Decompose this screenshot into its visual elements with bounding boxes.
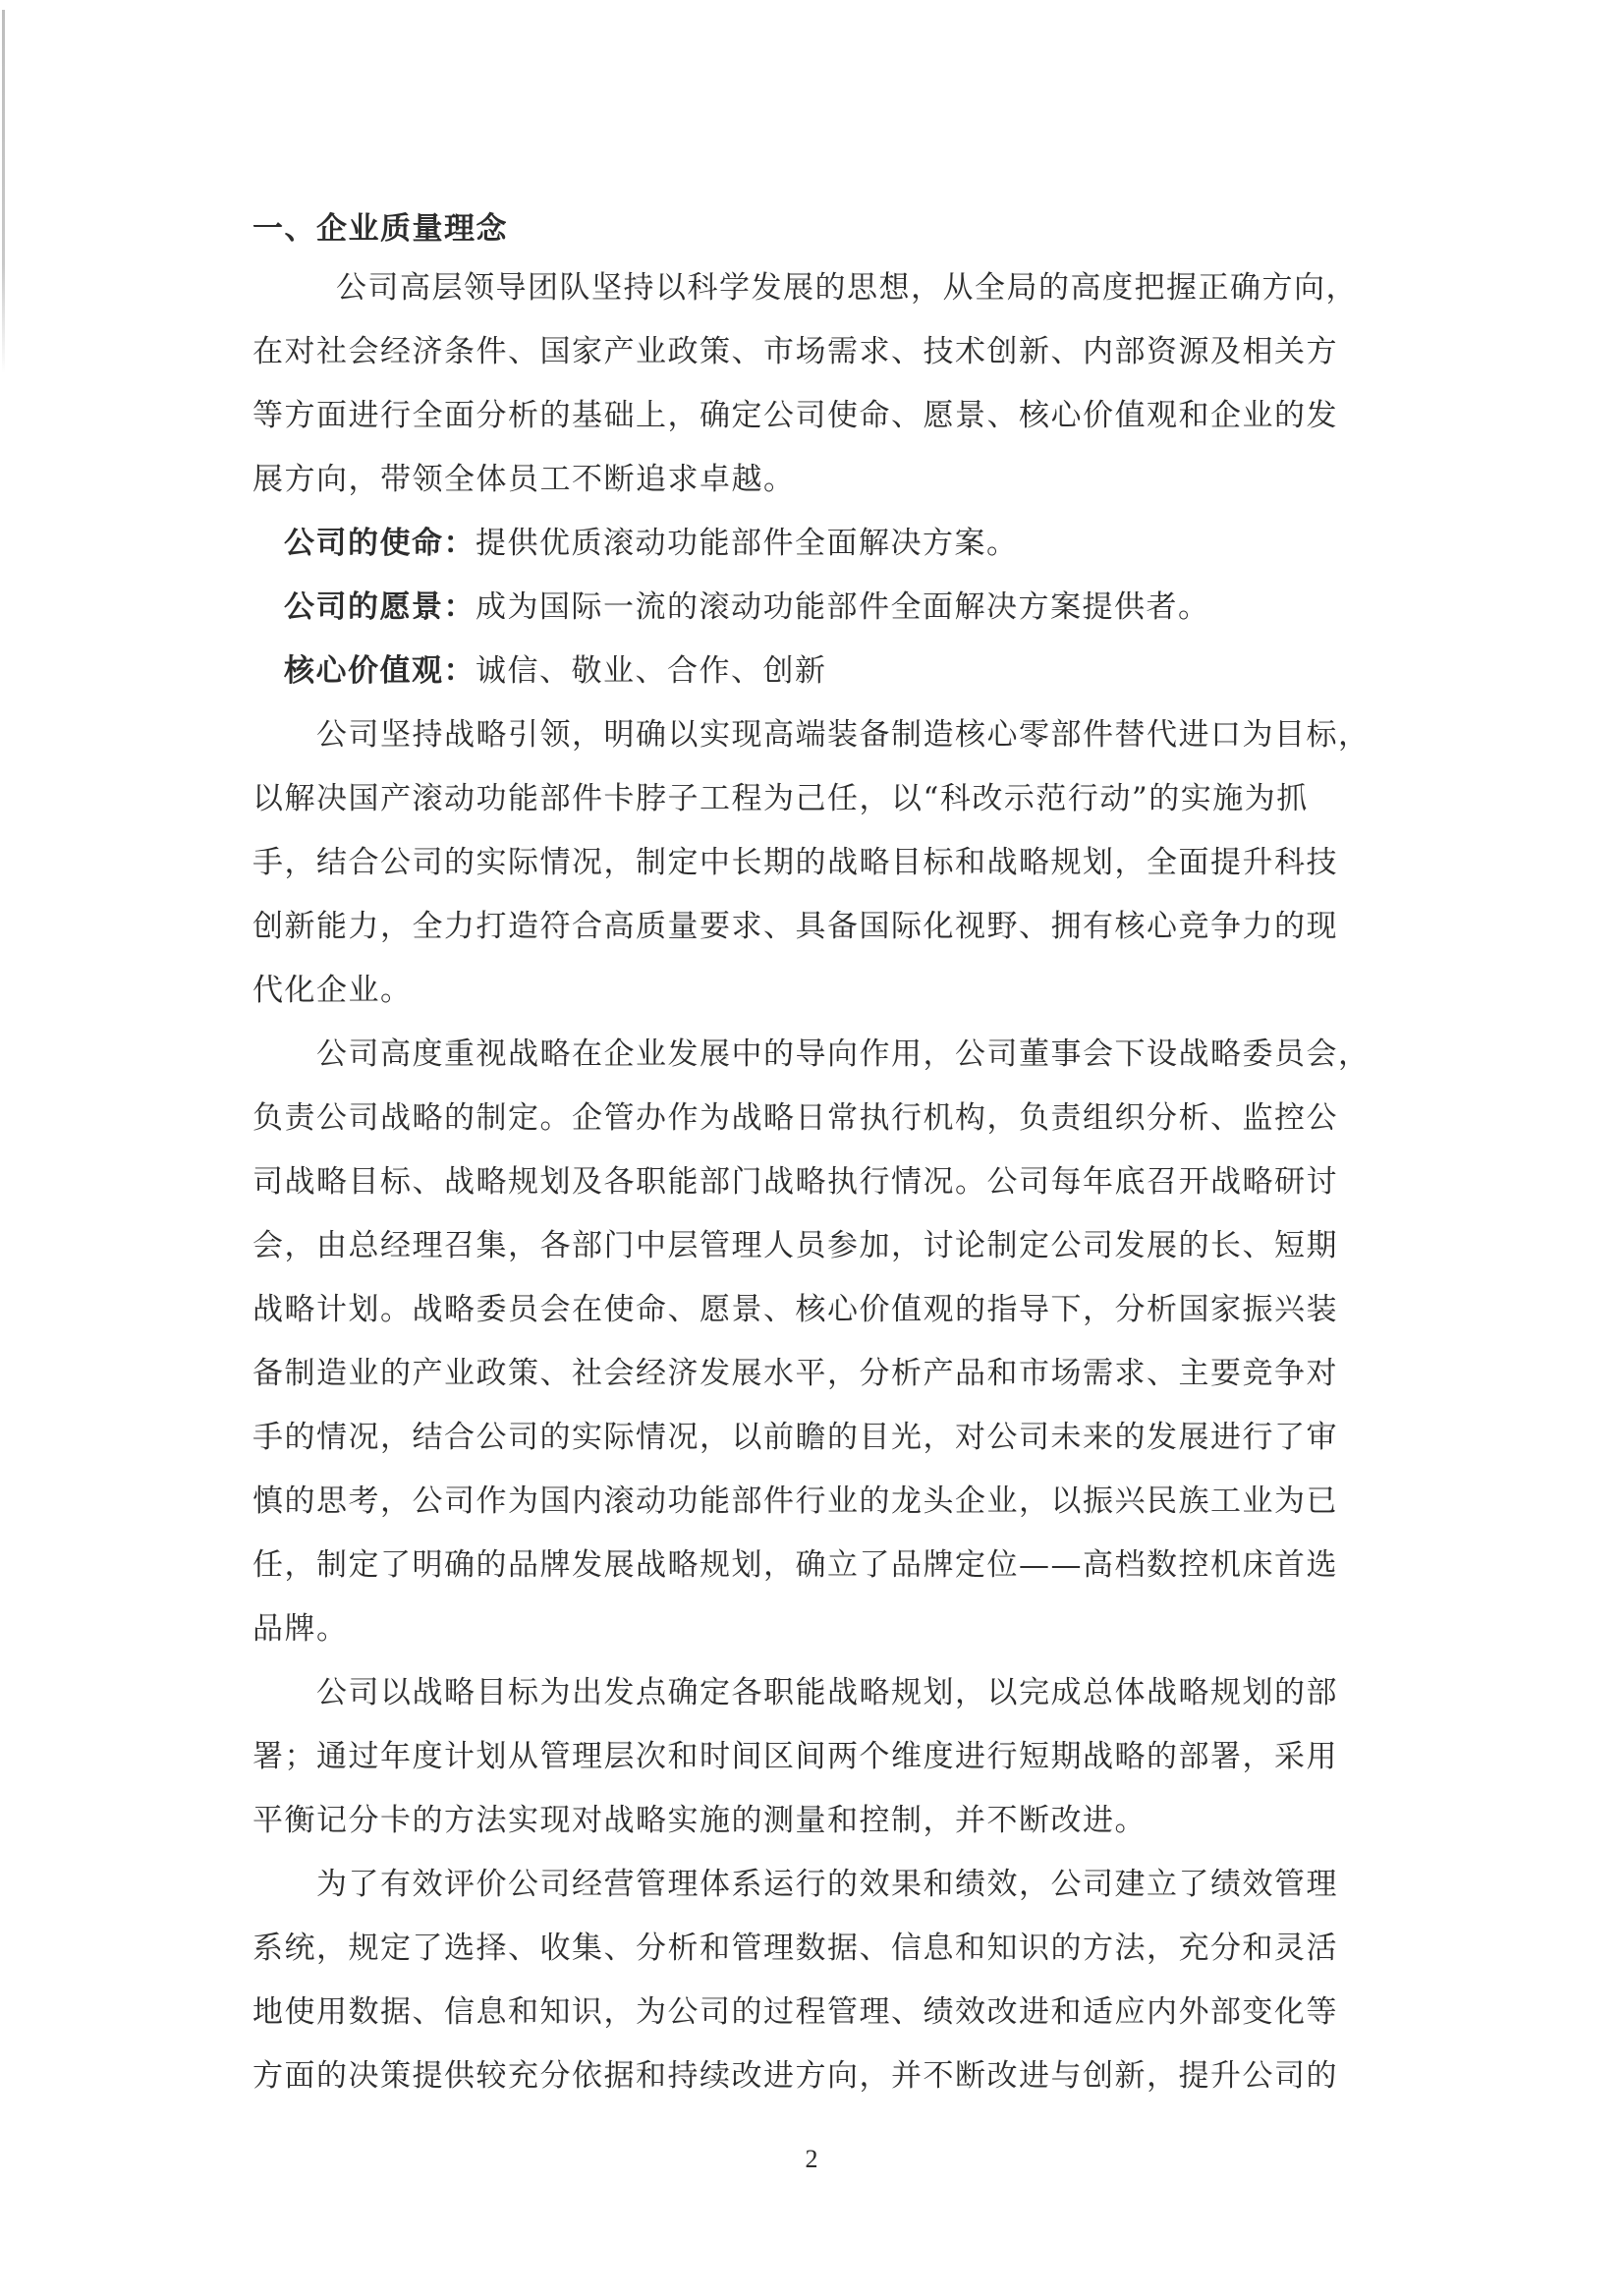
paragraph-3-line-7: 手的情况，结合公司的实际情况，以前瞻的目光，对公司未来的发展进行了审 bbox=[252, 1418, 1338, 1457]
mission-label: 公司的使命： bbox=[284, 526, 476, 561]
paragraph-5-line-4: 方面的决策提供较充分依据和持续改进方向，并不断改进与创新，提升公司的 bbox=[252, 2056, 1338, 2096]
core-values-statement: 核心价值观：诚信、敬业、合作、创新 bbox=[284, 651, 827, 691]
paragraph-1-line-3: 等方面进行全面分析的基础上，确定公司使命、愿景、核心价值观和企业的发 bbox=[252, 396, 1338, 435]
paragraph-3-line-3: 司战略目标、战略规划及各职能部门战略执行情况。公司每年底召开战略研讨 bbox=[252, 1162, 1338, 1202]
paragraph-2-line-5: 代化企业。 bbox=[252, 971, 413, 1010]
core-values-text: 诚信、敬业、合作、创新 bbox=[476, 653, 827, 689]
paragraph-1-line-4: 展方向，带领全体员工不断追求卓越。 bbox=[252, 460, 796, 499]
paragraph-1-line-1: 公司高层领导团队坚持以科学发展的思想，从全局的高度把握正确方向， bbox=[336, 268, 1358, 308]
paragraph-4-line-2: 署；通过年度计划从管理层次和时间区间两个维度进行短期战略的部署，采用 bbox=[252, 1737, 1338, 1776]
paragraph-3-line-2: 负责公司战略的制定。企管办作为战略日常执行机构，负责组织分析、监控公 bbox=[252, 1098, 1338, 1138]
paragraph-2-line-1: 公司坚持战略引领，明确以实现高端装备制造核心零部件替代进口为目标， bbox=[316, 715, 1371, 755]
paragraph-2-line-4: 创新能力，全力打造符合高质量要求、具备国际化视野、拥有核心竞争力的现 bbox=[252, 907, 1338, 946]
paragraph-2-line-3: 手，结合公司的实际情况，制定中长期的战略目标和战略规划，全面提升科技 bbox=[252, 843, 1338, 882]
paragraph-3-line-10: 品牌。 bbox=[252, 1609, 349, 1649]
section-heading: 一、企业质量理念 bbox=[252, 209, 508, 249]
paragraph-1-line-2: 在对社会经济条件、国家产业政策、市场需求、技术创新、内部资源及相关方 bbox=[252, 332, 1338, 371]
vision-text: 成为国际一流的滚动功能部件全面解决方案提供者。 bbox=[476, 589, 1210, 625]
paragraph-3-line-5: 战略计划。战略委员会在使命、愿景、核心价值观的指导下，分析国家振兴装 bbox=[252, 1290, 1338, 1329]
paragraph-3-line-6: 备制造业的产业政策、社会经济发展水平，分析产品和市场需求、主要竞争对 bbox=[252, 1354, 1338, 1393]
core-values-label: 核心价值观： bbox=[284, 653, 476, 689]
vision-label: 公司的愿景： bbox=[284, 589, 476, 625]
paragraph-3-line-1: 公司高度重视战略在企业发展中的导向作用，公司董事会下设战略委员会， bbox=[316, 1035, 1371, 1074]
paragraph-5-line-1: 为了有效评价公司经营管理体系运行的效果和绩效，公司建立了绩效管理 bbox=[316, 1865, 1338, 1904]
vision-statement: 公司的愿景：成为国际一流的滚动功能部件全面解决方案提供者。 bbox=[284, 588, 1210, 627]
paragraph-4-line-1: 公司以战略目标为出发点确定各职能战略规划，以完成总体战略规划的部 bbox=[316, 1673, 1338, 1712]
paragraph-4-line-3: 平衡记分卡的方法实现对战略实施的测量和控制，并不断改进。 bbox=[252, 1801, 1147, 1840]
paragraph-3-line-9: 任，制定了明确的品牌发展战略规划，确立了品牌定位——高档数控机床首选 bbox=[252, 1545, 1338, 1585]
paragraph-3-line-8: 慎的思考，公司作为国内滚动功能部件行业的龙头企业，以振兴民族工业为已 bbox=[252, 1482, 1338, 1521]
paragraph-3-line-4: 会，由总经理召集，各部门中层管理人员参加，讨论制定公司发展的长、短期 bbox=[252, 1226, 1338, 1265]
paragraph-5-line-3: 地使用数据、信息和知识，为公司的过程管理、绩效改进和适应内外部变化等 bbox=[252, 1992, 1338, 2032]
paragraph-2-line-2: 以解决国产滚动功能部件卡脖子工程为己任，以“科改示范行动”的实施为抓 bbox=[252, 779, 1309, 818]
mission-statement: 公司的使命：提供优质滚动功能部件全面解决方案。 bbox=[284, 524, 1019, 563]
paragraph-5-line-2: 系统，规定了选择、收集、分析和管理数据、信息和知识的方法，充分和灵活 bbox=[252, 1929, 1338, 1968]
page-number: 2 bbox=[802, 2146, 821, 2173]
document-page: 一、企业质量理念 公司高层领导团队坚持以科学发展的思想，从全局的高度把握正确方向… bbox=[0, 0, 1624, 2296]
mission-text: 提供优质滚动功能部件全面解决方案。 bbox=[476, 526, 1019, 561]
